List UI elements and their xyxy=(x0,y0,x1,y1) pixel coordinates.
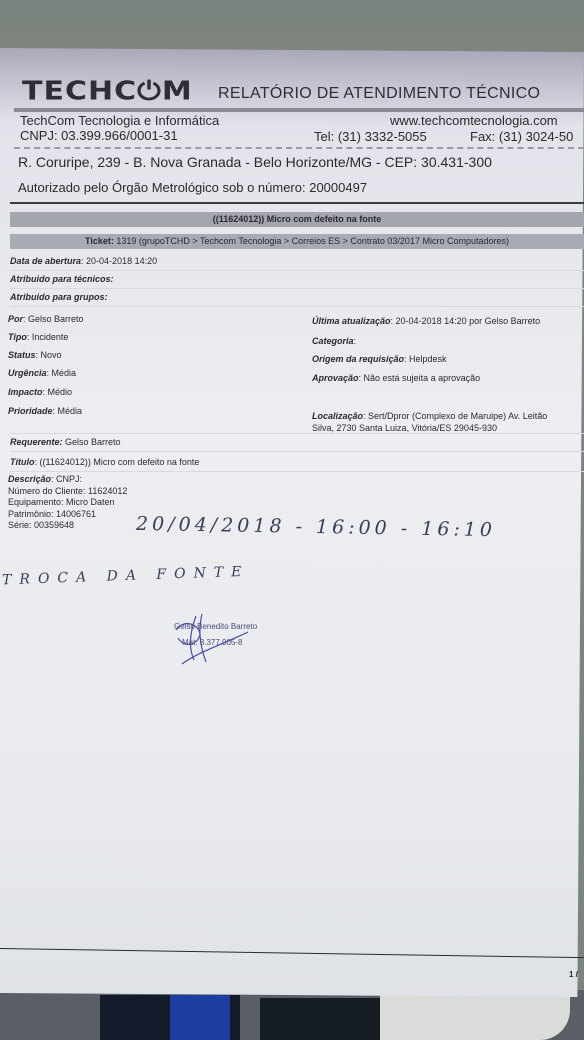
field-title: Título: ((11624012)) Micro com defeito n… xyxy=(10,454,584,472)
field-urgency: Urgência: Média xyxy=(8,367,76,379)
background-object xyxy=(170,995,230,1040)
stamp-id: Mat: 8.377.905-8 xyxy=(182,638,242,647)
header-divider xyxy=(14,108,584,112)
ticket-path-bar: Ticket: 1319 (grupoTCHD > Techcom Tecnol… xyxy=(10,234,584,249)
field-priority: Prioridade: Média xyxy=(8,405,82,417)
description-asset: Patrimônio: 14006761 xyxy=(8,509,96,519)
field-by: Por: Gelso Barreto xyxy=(8,313,84,325)
ticket-title-bar: ((11624012)) Micro com defeito na fonte xyxy=(10,212,584,227)
field-description: Descrição: CNPJ: Número do Cliente: 1162… xyxy=(8,474,127,532)
company-address: R. Coruripe, 239 - B. Nova Granada - Bel… xyxy=(18,154,492,170)
description-client-number: Número do Cliente: 11624012 xyxy=(8,486,127,496)
stamp-name: Gelso Benedito Barreto xyxy=(174,622,257,631)
company-fax: Fax: (31) 3024-50 xyxy=(470,129,573,144)
field-impact: Impacto: Médio xyxy=(8,386,72,398)
ticket-path: 1319 (grupoTCHD > Techcom Tecnologia > C… xyxy=(114,236,509,246)
company-cnpj: CNPJ: 03.399.966/0001-31 xyxy=(20,128,178,143)
field-approval: Aprovação: Não está sujeita a aprovação xyxy=(312,372,480,384)
field-assigned-groups: Atribuido para grupos: xyxy=(10,289,584,307)
company-website: www.techcomtecnologia.com xyxy=(390,113,558,128)
field-opening-date: Data de abertura: 20-04-2018 14:20 xyxy=(10,253,584,271)
field-last-update: Última atualização: 20-04-2018 14:20 por… xyxy=(312,315,540,327)
page-number: 1 / xyxy=(569,970,578,979)
section-divider xyxy=(10,202,584,204)
techcom-logo: TECHC⏻M xyxy=(22,77,193,107)
field-category: Categoria: xyxy=(312,335,356,347)
technician-stamp: Gelso Benedito Barreto Mat: 8.377.905-8 xyxy=(168,612,278,677)
dashed-divider xyxy=(14,147,584,149)
field-location: Localização: Sert/Dpror (Complexo de Mar… xyxy=(312,410,547,434)
field-requester: Requerente: Gelso Barreto xyxy=(10,433,584,452)
company-name: TechCom Tecnologia e Informática xyxy=(20,113,219,128)
field-assigned-technicians: Atribuido para técnicos: xyxy=(10,271,584,289)
field-request-origin: Origem da requisição: Helpdesk xyxy=(312,353,447,365)
background-object xyxy=(380,995,570,1040)
ticket-label: Ticket: xyxy=(85,236,114,246)
company-phone: Tel: (31) 3332-5055 xyxy=(314,129,427,144)
description-equipment: Equipamento: Micro Daten xyxy=(8,497,115,507)
field-type: Tipo: Incidente xyxy=(8,331,68,343)
field-status: Status: Novo xyxy=(8,349,62,361)
description-serial: Série: 00359648 xyxy=(8,520,74,530)
authorization-note: Autorizado pelo Órgão Metrológico sob o … xyxy=(18,180,367,195)
document-title: RELATÓRIO DE ATENDIMENTO TÉCNICO xyxy=(218,85,540,103)
